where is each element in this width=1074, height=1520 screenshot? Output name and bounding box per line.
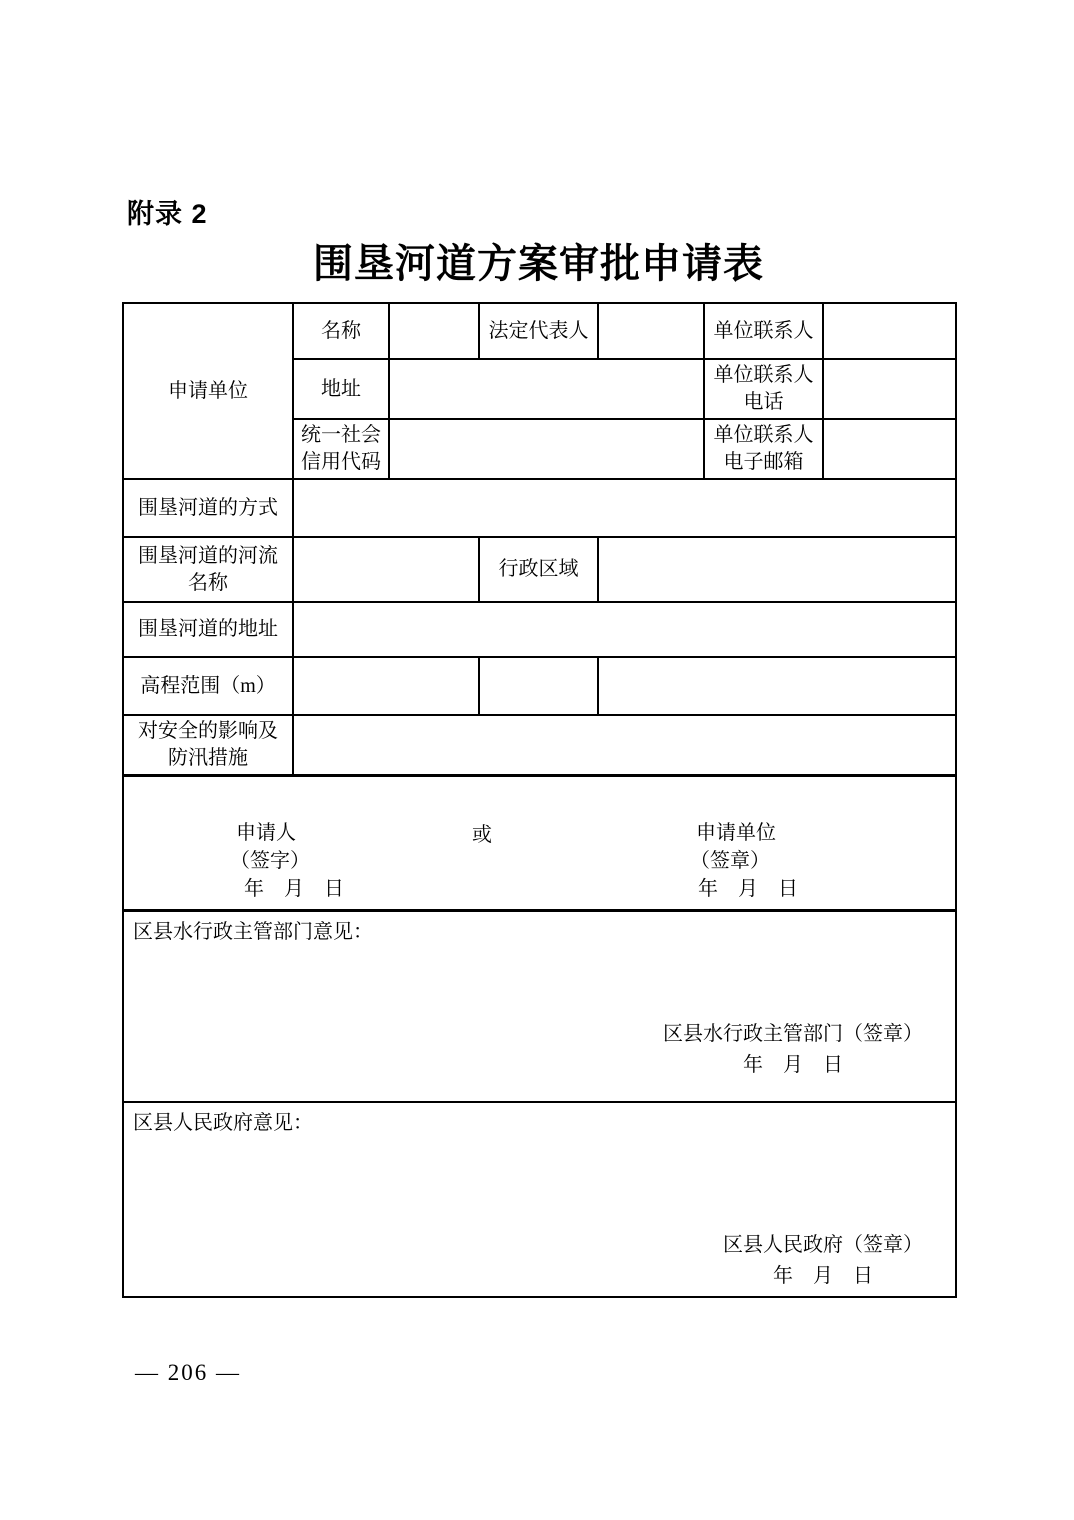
unit-contact-phone-label: 单位联系人 电话 bbox=[704, 359, 823, 419]
river-name-value-cell bbox=[293, 537, 479, 602]
water-authority-signature-block: 区县水行政主管部门（签章） 年 月 日 bbox=[663, 1019, 923, 1081]
water-authority-opinion-cell: 区县水行政主管部门意见： 区县水行政主管部门（签章） 年 月 日 bbox=[123, 911, 956, 1102]
row-river-name: 围垦河道的河流 名称 行政区域 bbox=[123, 537, 956, 602]
elevation-range-value-cell-3 bbox=[598, 657, 956, 715]
page-number: — 206 — bbox=[135, 1360, 241, 1386]
reclamation-method-value-cell bbox=[293, 479, 956, 537]
unit-contact-phone-value-cell bbox=[823, 359, 956, 419]
county-government-opinion-label: 区县人民政府意见： bbox=[133, 1110, 313, 1137]
county-government-seal-label: 区县人民政府（签章） bbox=[723, 1230, 923, 1261]
unit-contact-email-value-cell bbox=[823, 419, 956, 479]
applicant-person-signature-block: 申请人 （签字） 年 月 日 bbox=[230, 819, 344, 903]
applicant-unit-label: 申请单位 bbox=[696, 819, 798, 847]
row-reclamation-address: 围垦河道的地址 bbox=[123, 602, 956, 657]
or-label: 或 bbox=[472, 821, 492, 849]
credit-code-label: 统一社会 信用代码 bbox=[293, 419, 389, 479]
legal-representative-label: 法定代表人 bbox=[479, 303, 598, 359]
county-government-signature-block: 区县人民政府（签章） 年 月 日 bbox=[723, 1230, 923, 1292]
name-value-cell bbox=[389, 303, 479, 359]
row-elevation-range: 高程范围（m） bbox=[123, 657, 956, 715]
applicant-unit-signature-block: 申请单位 （签章） 年 月 日 bbox=[690, 819, 798, 903]
applicant-signature-cell: 申请人 （签字） 年 月 日 或 申请单位 （签章） 年 月 日 bbox=[123, 776, 956, 911]
address-value-cell bbox=[389, 359, 704, 419]
unit-contact-email-label: 单位联系人 电子邮箱 bbox=[704, 419, 823, 479]
unit-contact-label: 单位联系人 bbox=[704, 303, 823, 359]
row-county-government-opinion: 区县人民政府意见： 区县人民政府（签章） 年 月 日 bbox=[123, 1102, 956, 1297]
elevation-range-label: 高程范围（m） bbox=[123, 657, 293, 715]
row-applicant-name: 申请单位 名称 法定代表人 单位联系人 bbox=[123, 303, 956, 359]
appendix-label: 附录 2 bbox=[127, 192, 208, 231]
elevation-range-value-cell-1 bbox=[293, 657, 479, 715]
safety-impact-label: 对安全的影响及 防汛措施 bbox=[123, 715, 293, 776]
address-label: 地址 bbox=[293, 359, 389, 419]
applicant-unit-date: 年 月 日 bbox=[698, 875, 798, 903]
row-applicant-signature: 申请人 （签字） 年 月 日 或 申请单位 （签章） 年 月 日 bbox=[123, 776, 956, 911]
legal-representative-value-cell bbox=[598, 303, 704, 359]
water-authority-opinion-label: 区县水行政主管部门意见： bbox=[133, 919, 373, 946]
elevation-range-value-cell-2 bbox=[479, 657, 598, 715]
water-authority-date: 年 月 日 bbox=[663, 1050, 923, 1081]
row-reclamation-method: 围垦河道的方式 bbox=[123, 479, 956, 537]
applicant-person-label: 申请人 bbox=[236, 819, 344, 847]
safety-impact-value-cell bbox=[293, 715, 956, 776]
applicant-section-label: 申请单位 bbox=[123, 303, 293, 479]
county-government-date: 年 月 日 bbox=[723, 1261, 923, 1292]
applicant-person-date: 年 月 日 bbox=[244, 875, 344, 903]
reclamation-method-label: 围垦河道的方式 bbox=[123, 479, 293, 537]
name-label: 名称 bbox=[293, 303, 389, 359]
page-title: 围垦河道方案审批申请表 bbox=[122, 232, 955, 289]
applicant-unit-seal-hint: （签章） bbox=[690, 847, 798, 875]
application-form-table: 申请单位 名称 法定代表人 单位联系人 地址 单位联系人 电话 统一社会 信用代… bbox=[122, 302, 957, 1298]
river-name-label: 围垦河道的河流 名称 bbox=[123, 537, 293, 602]
document-page: 附录 2 围垦河道方案审批申请表 申请单位 名称 法定代表人 单位联系人 地址 … bbox=[0, 0, 1074, 1520]
applicant-person-sign-hint: （签字） bbox=[230, 847, 344, 875]
row-safety-impact: 对安全的影响及 防汛措施 bbox=[123, 715, 956, 776]
water-authority-seal-label: 区县水行政主管部门（签章） bbox=[663, 1019, 923, 1050]
admin-region-value-cell bbox=[598, 537, 956, 602]
county-government-opinion-cell: 区县人民政府意见： 区县人民政府（签章） 年 月 日 bbox=[123, 1102, 956, 1297]
unit-contact-value-cell bbox=[823, 303, 956, 359]
reclamation-address-value-cell bbox=[293, 602, 956, 657]
reclamation-address-label: 围垦河道的地址 bbox=[123, 602, 293, 657]
row-water-authority-opinion: 区县水行政主管部门意见： 区县水行政主管部门（签章） 年 月 日 bbox=[123, 911, 956, 1102]
admin-region-label: 行政区域 bbox=[479, 537, 598, 602]
credit-code-value-cell bbox=[389, 419, 704, 479]
